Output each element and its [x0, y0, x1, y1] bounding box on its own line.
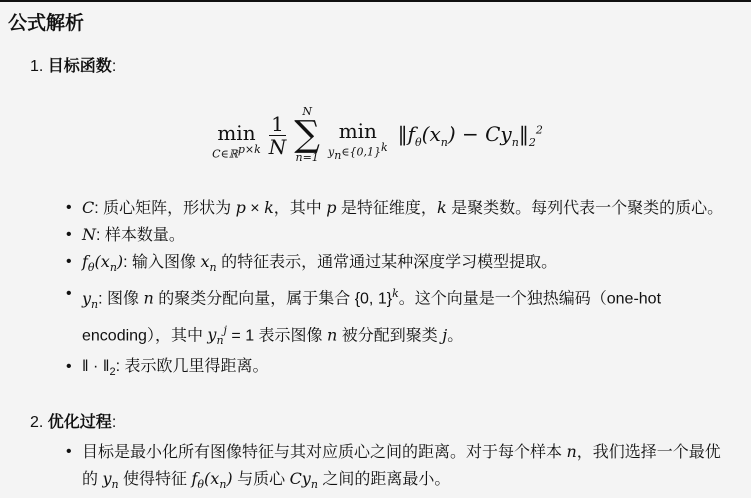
section-title: 目标函数 [48, 58, 112, 75]
summation: N ∑ n=1 [294, 106, 320, 164]
section-objective-heading: 1. 目标函数: [30, 53, 116, 76]
bullet-norm: ‖ · ‖2: 表示欧几里得距离。 [66, 354, 736, 385]
colon: : [112, 414, 116, 431]
section-optimization-heading: 2. 优化过程: [30, 409, 116, 432]
section-number: 2. [30, 414, 43, 431]
bullet-f: fθ(xn): 输入图像 xn 的特征表示，通常通过某种深度学习模型提取。 [66, 249, 736, 281]
fraction: 1 N [269, 113, 287, 158]
bullet-y: yn: 图像 n 的聚类分配向量，属于集合 {0, 1}k。这个向量是一个独热编… [66, 281, 736, 354]
objective-bullets: C: 质心矩阵，形状为 p × k，其中 p 是特征维度，k 是聚类数。每列代表… [66, 195, 736, 385]
min-label: min [339, 120, 377, 142]
optimization-bullets: 目标是最小化所有图像特征与其对应质心之间的距离。对于每个样本 n，我们选择一个最… [66, 439, 736, 498]
section-number: 1. [30, 58, 43, 75]
page-title: 公式解析 [8, 8, 84, 35]
min-label: min [217, 122, 255, 144]
bullet-C: C: 质心矩阵，形状为 p × k，其中 p 是特征维度，k 是聚类数。每列代表… [66, 195, 736, 222]
colon: : [112, 58, 116, 75]
outer-min: min C∈ℝp×k [212, 110, 261, 161]
denominator: N [269, 136, 287, 158]
section-title: 优化过程 [48, 414, 112, 431]
bullet-N: N: 样本数量。 [66, 222, 736, 249]
bullet-optimization: 目标是最小化所有图像特征与其对应质心之间的距离。对于每个样本 n，我们选择一个最… [66, 439, 736, 498]
numerator: 1 [269, 113, 286, 136]
inner-min: min yn∈{0,1}k [328, 108, 388, 162]
sum-lower: n=1 [295, 152, 318, 164]
norm-expression: ‖fθ(xn) − Cyn‖22 [398, 122, 543, 149]
objective-formula: min C∈ℝp×k 1 N N ∑ n=1 min yn∈{0,1}k ‖fθ… [0, 100, 751, 170]
